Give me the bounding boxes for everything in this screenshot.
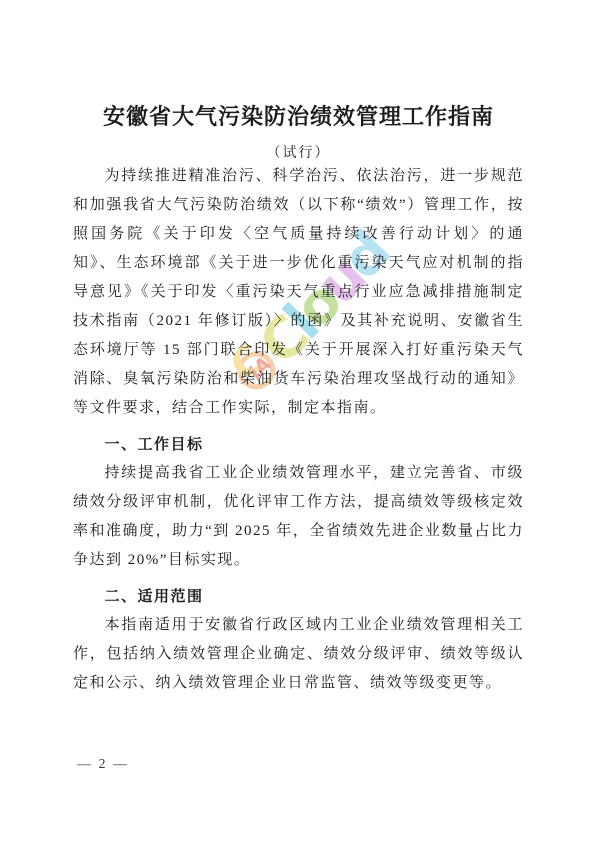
document-title: 安徽省大气污染防治绩效管理工作指南 — [73, 100, 524, 131]
document-subtitle: （试行） — [73, 142, 524, 162]
section-2-heading: 二、适用范围 — [73, 582, 524, 611]
page-number: — 2 — — [77, 757, 129, 773]
document-body: 为持续推进精准治污、科学治污、依法治污，进一步规范和加强我省大气污染防治绩效（以… — [73, 162, 524, 698]
intro-paragraph: 为持续推进精准治污、科学治污、依法治污，进一步规范和加强我省大气污染防治绩效（以… — [73, 162, 524, 423]
document-page: C iA C l o u d 安徽省大气污染防治绩效管理工作指南 （试行） 为持… — [0, 0, 595, 841]
section-1-heading: 一、工作目标 — [73, 430, 524, 459]
document-content: 安徽省大气污染防治绩效管理工作指南 （试行） 为持续推进精准治污、科学治污、依法… — [73, 100, 524, 698]
section-1-paragraph: 持续提高我省工业企业绩效管理水平，建立完善省、市级绩效分级评审机制，优化评审工作… — [73, 459, 524, 575]
section-2-paragraph: 本指南适用于安徽省行政区域内工业企业绩效管理相关工作，包括纳入绩效管理企业确定、… — [73, 611, 524, 698]
